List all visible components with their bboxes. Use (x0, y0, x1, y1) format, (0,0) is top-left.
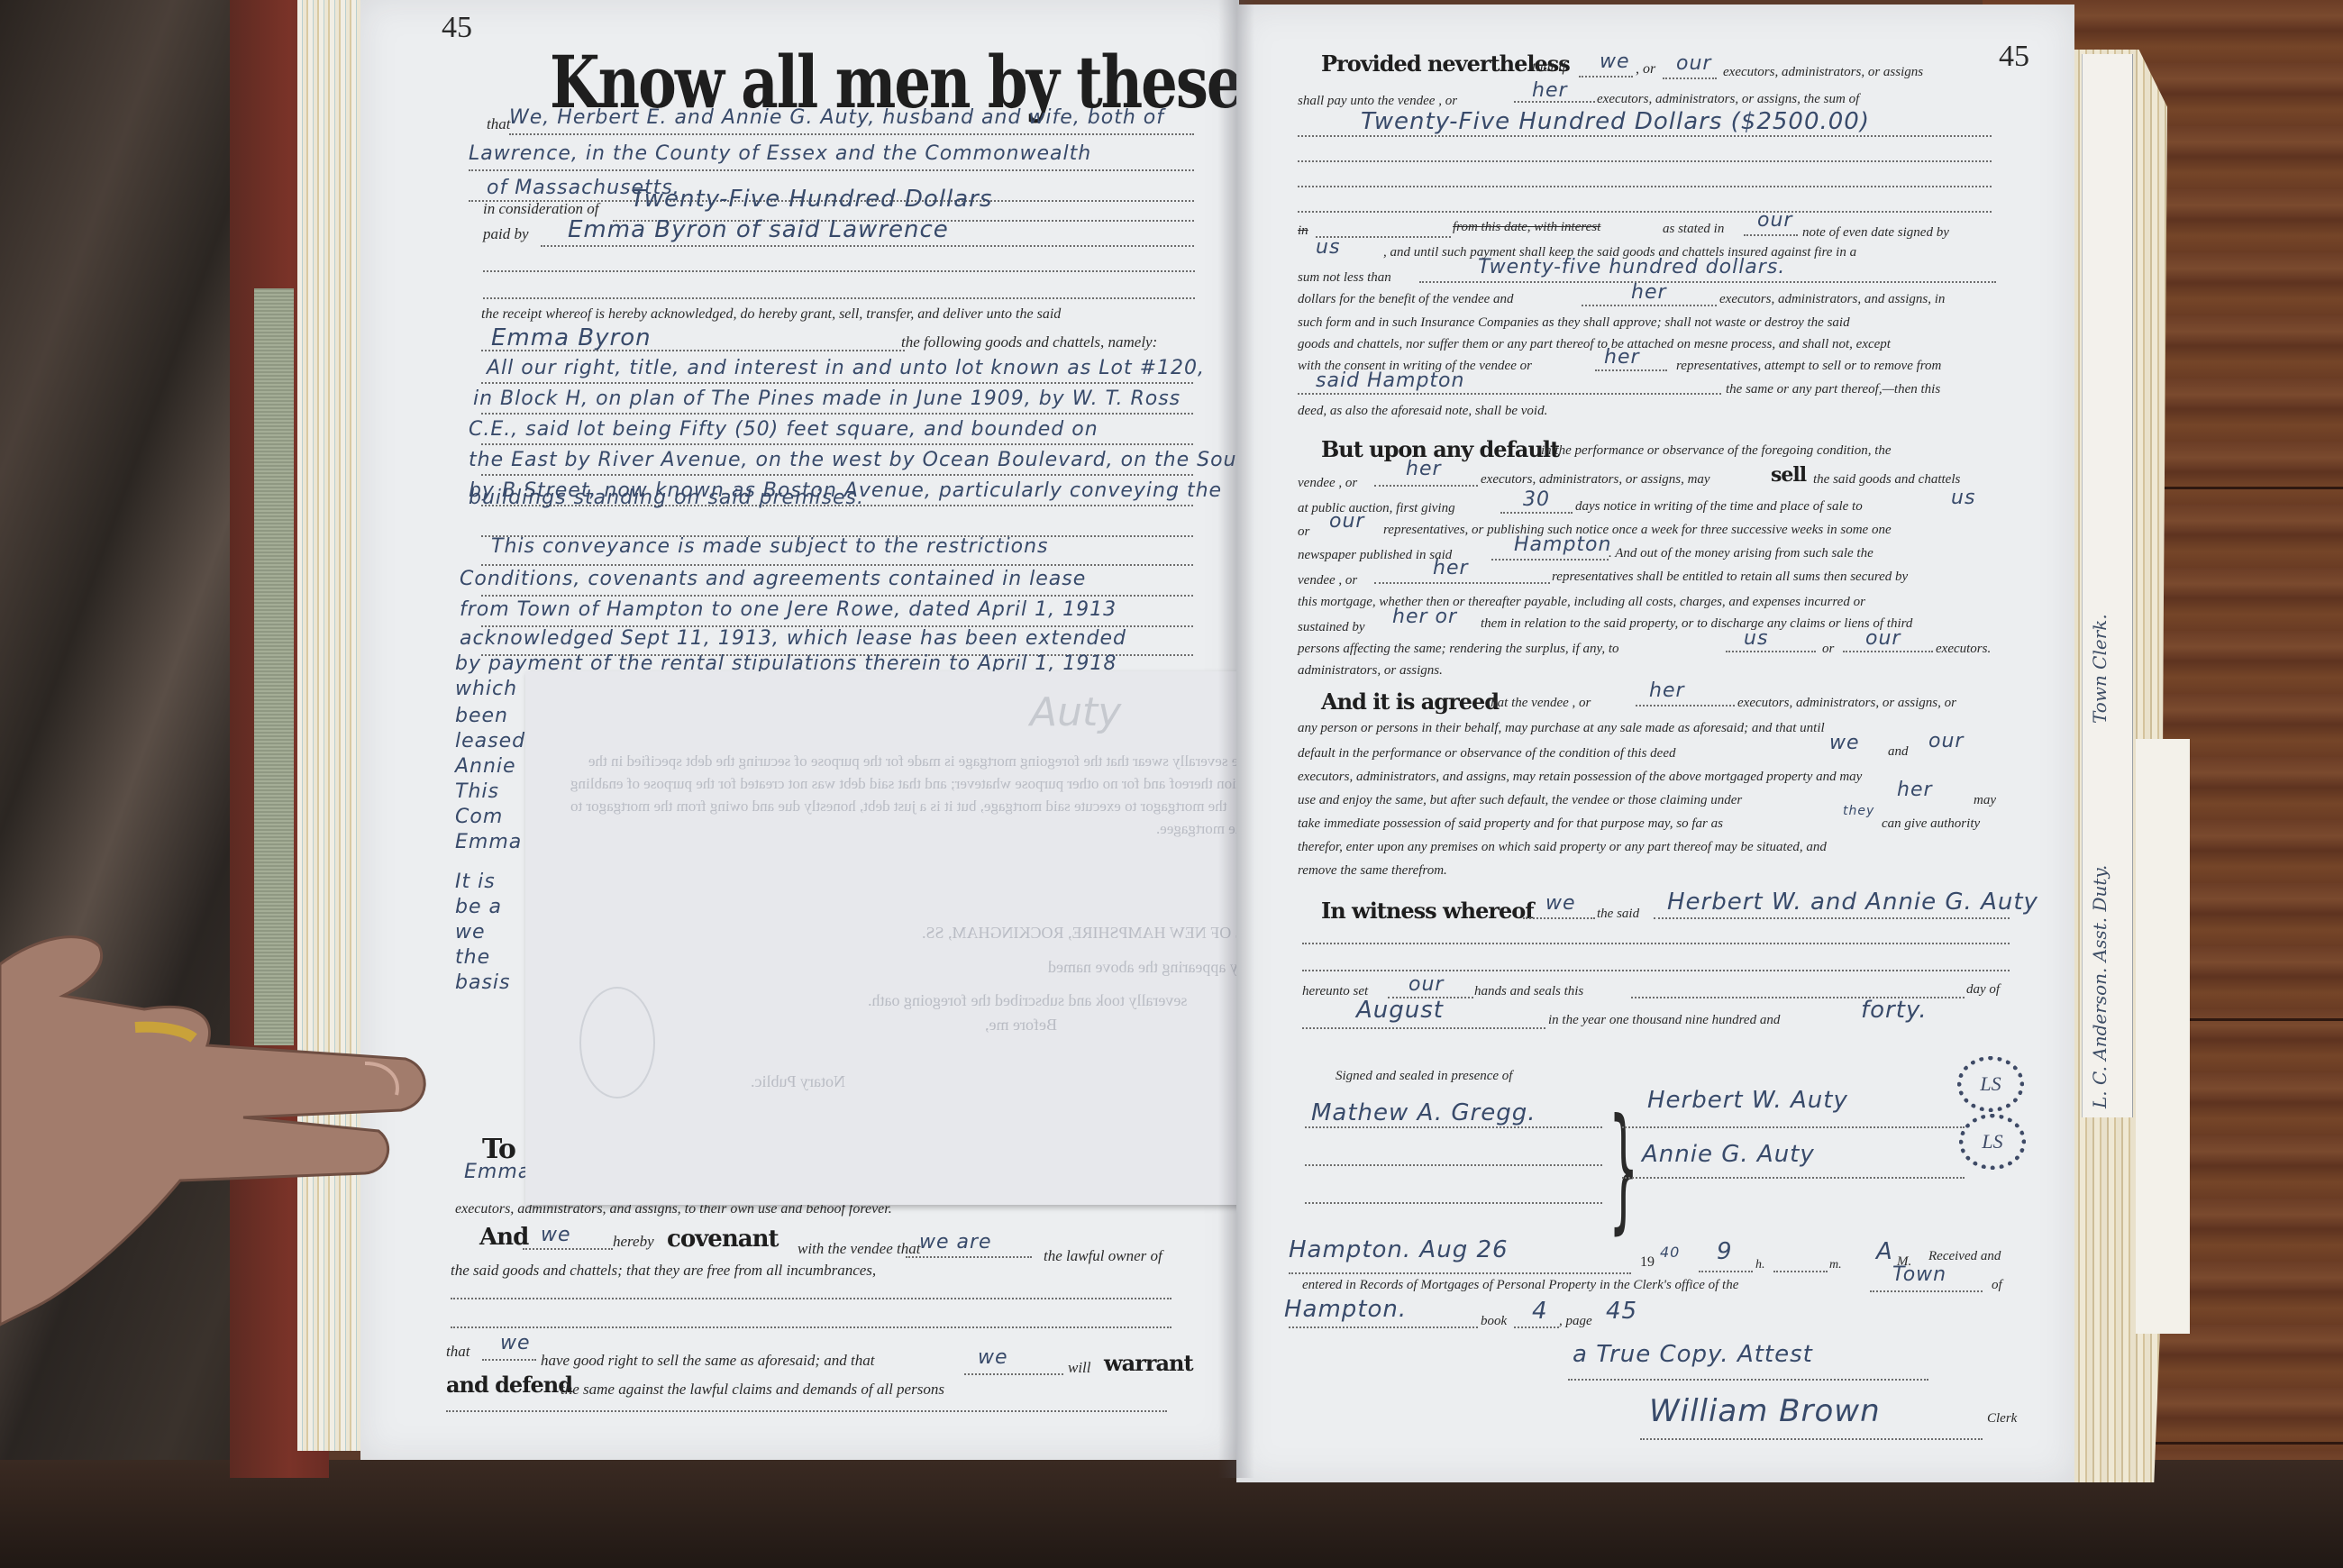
fill-line (1654, 917, 2010, 919)
fill-line (481, 413, 1193, 415)
fill-line (481, 382, 1193, 384)
fill-line (1374, 485, 1478, 487)
covered-fragment: the (455, 946, 490, 969)
book-label: book (1481, 1314, 1507, 1329)
signature-line (1622, 1177, 1965, 1179)
covenant-line-2: the said goods and chattels; that they a… (451, 1262, 876, 1280)
description-line: C.E., said lot being Fifty (50) feet squ… (469, 418, 1099, 441)
covered-fragment: This (455, 780, 499, 803)
then-this: the same or any part thereof,—then this (1726, 382, 1940, 397)
fill-line (1870, 1290, 1983, 1292)
consideration-value: Twenty-Five Hundred Dollars (631, 186, 992, 213)
clerk-signature: William Brown (1649, 1393, 1881, 1429)
provided-our: our (1676, 52, 1711, 75)
agreed-line-1: that the vendee , or (1487, 696, 1591, 711)
covenant-word: covenant (667, 1226, 779, 1253)
witness-our: our (1409, 973, 1444, 996)
signature-line (1640, 1438, 1983, 1440)
fill-line (451, 1326, 1171, 1328)
agreed-line-2: any person or persons in their behalf, m… (1298, 721, 1825, 736)
sum-amount: Twenty-Five Hundred Dollars ($2500.00) (1361, 108, 1870, 135)
fill-line (1514, 1326, 1559, 1328)
covered-fragment: been (455, 705, 508, 727)
conveyance-line: which (455, 678, 517, 700)
fill-line (1579, 76, 1633, 77)
covered-fragment: be a (455, 896, 502, 918)
covered-fragment: leased (455, 730, 525, 752)
fill-line (483, 297, 1195, 299)
consent-her: her (1604, 346, 1640, 369)
recording-place-date: Hampton. Aug 26 (1289, 1236, 1509, 1263)
covenant-we-are: we are (919, 1231, 992, 1253)
the-said: the said (1597, 907, 1639, 922)
agreed-line-6: take immediate possession of said proper… (1298, 816, 1723, 832)
entered-text: entered in Records of Mortgages of Perso… (1302, 1278, 1738, 1293)
default-us: us (1951, 487, 1975, 509)
covered-fragment: Emma (455, 831, 522, 853)
fill-line (469, 169, 1194, 171)
fill-line (1298, 393, 1721, 395)
signer-2-signature: Annie G. Auty (1642, 1141, 1815, 1168)
fill-line (1302, 1027, 1545, 1029)
covered-fragment: Com (455, 806, 503, 828)
surplus-or: or (1822, 642, 1834, 657)
as-stated-label: as stated in (1663, 222, 1724, 237)
covenant-we: we (541, 1224, 571, 1246)
agreed-heading: And it is agreed (1321, 688, 1499, 715)
agreed-we: we (1829, 732, 1860, 754)
provided-executors-2: executors, administrators, or assigns, t… (1597, 92, 1859, 107)
surplus-text: persons affecting the same; rendering th… (1298, 642, 1619, 657)
description-line: the East by River Avenue, on the west by… (469, 449, 1259, 471)
insured-sum: Twenty-five hundred dollars. (1478, 256, 1785, 278)
witness-names: Herbert W. and Annie G. Auty (1667, 889, 2038, 916)
fill-line (541, 245, 1194, 247)
that-label-2: that (446, 1343, 470, 1361)
fill-line (446, 1410, 1167, 1412)
surplus-us: us (1744, 627, 1768, 650)
signature-line (1305, 1126, 1602, 1128)
covenant-we-3: we (978, 1346, 1008, 1369)
fill-line (1523, 917, 1595, 919)
fill-line (1595, 369, 1667, 371)
slip-ghost-notary-seal (579, 987, 655, 1099)
seal-mark-1: LS (1957, 1056, 2024, 1112)
fill-line (1302, 943, 2010, 944)
dollars-for: dollars for the benefit of the vendee an… (1298, 292, 1514, 307)
slip-ghost-sworn: severally took and subscribed the forego… (868, 991, 1187, 1010)
covered-fragment: Annie (455, 755, 516, 778)
fill-line (1500, 512, 1573, 514)
fill-line (1699, 1271, 1753, 1272)
or-label: , or (1636, 61, 1655, 77)
agreed-line-4: executors, administrators, and assigns, … (1298, 770, 1862, 785)
default-line-1: in the performance or observance of the … (1541, 443, 1892, 459)
grantors-line-2: Lawrence, in the County of Essex and the… (469, 142, 1091, 165)
that-if: that if (1532, 59, 1566, 76)
insurance-text: such form and in such Insurance Companie… (1298, 315, 1850, 331)
fill-line (1636, 705, 1735, 707)
conveyance-line: acknowledged Sept 11, 1913, which lease … (460, 627, 1126, 650)
sum-not-less: sum not less than (1298, 270, 1391, 286)
fill-line (1744, 234, 1798, 236)
sell-rest: the said goods and chattels (1813, 472, 1960, 488)
covered-fragment: we (455, 921, 486, 944)
warrant-word: warrant (1104, 1350, 1193, 1376)
relation-text: them in relation to the said property, o… (1481, 616, 1912, 632)
in-label: in (1298, 223, 1308, 239)
year-text: in the year one thousand nine hundred an… (1548, 1013, 1780, 1028)
signature-brace: } (1609, 1090, 1638, 1247)
inserted-paper-strip (2136, 739, 2190, 1334)
hereby-label: hereby (613, 1233, 654, 1251)
fill-line (483, 270, 1195, 272)
page-number-value: 45 (1606, 1298, 1637, 1325)
interest-our: our (1757, 209, 1792, 232)
consideration-label: in consideration of (483, 200, 598, 218)
agreed-her: her (1649, 679, 1685, 702)
good-right-text: have good right to sell the same as afor… (541, 1352, 875, 1370)
signature-line (1622, 1126, 1965, 1128)
fill-line (1289, 1272, 1631, 1274)
description-line: All our right, title, and interest in an… (487, 357, 1205, 379)
conveyance-line: This conveyance is made subject to the r… (491, 535, 1048, 558)
fill-line (481, 474, 1193, 476)
agreed-may: may (1974, 793, 1996, 808)
slip-ghost-text: We severally swear that the foregoing mo… (588, 752, 1252, 770)
witness-heading: In witness whereof (1321, 898, 1534, 924)
right-page-number: 45 (1999, 40, 2029, 74)
fill-line (906, 1256, 1032, 1258)
grantors-line-1: We, Herbert E. and Annie G. Auty, husban… (509, 106, 1164, 129)
representatives-text: representatives, attempt to sell or to r… (1676, 359, 1941, 374)
slip-ghost-text: condition thereof and for no other purpo… (570, 775, 1274, 793)
agreed-our: our (1928, 730, 1964, 752)
loose-affidavit-slip[interactable]: We severally swear that the foregoing mo… (525, 671, 1290, 1205)
executors-end: executors. (1936, 642, 1991, 657)
default-vendee-or-2: vendee , or (1298, 573, 1357, 588)
record-am: A (1876, 1238, 1893, 1265)
lawful-owner: the lawful owner of (1044, 1247, 1162, 1265)
sustained-her-or: her or (1392, 606, 1457, 628)
description-line: buildings standing on said premises. (469, 487, 864, 509)
fill-line (1289, 1326, 1478, 1328)
notice-days: 30 (1523, 488, 1550, 511)
fill-line (1298, 160, 1992, 162)
fill-line (1298, 135, 1992, 137)
fill-line (1514, 101, 1595, 103)
that-label: that (487, 115, 510, 133)
sell-word: sell (1771, 463, 1806, 487)
day-of: day of (1966, 982, 2000, 998)
hands-seals: hands and seals this (1474, 984, 1583, 999)
seal-mark-2: LS (1959, 1114, 2026, 1170)
record-hour: 9 (1717, 1238, 1733, 1265)
surplus-our: our (1865, 627, 1901, 650)
book-gutter (1218, 0, 1254, 1478)
shall-pay: shall pay unto the vendee , or (1298, 94, 1457, 109)
agreed-line-5: use and enjoy the same, but after such d… (1298, 793, 1742, 808)
default-vendee-or: vendee , or (1298, 476, 1357, 491)
signature-line (1305, 1202, 1602, 1204)
witness-we: we (1545, 892, 1576, 915)
slip-ghost-notary: Notary Public. (751, 1072, 845, 1091)
entitled-text: representatives shall be entitled to ret… (1552, 570, 1908, 585)
clerk-label: Clerk (1987, 1411, 2017, 1427)
margin-note-line: L. C. Anderson. Asst. Duty. (2089, 865, 2111, 1108)
fill-line (481, 350, 905, 351)
removal-place: said Hampton (1316, 369, 1464, 392)
fill-line (1419, 281, 1996, 283)
note-text: note of even date signed by (1802, 225, 1949, 241)
provided-executors-1: executors, administrators, or assigns (1723, 65, 1923, 80)
witness-year: forty. (1861, 997, 1928, 1024)
interest-us: us (1316, 236, 1340, 259)
fill-line (509, 133, 1194, 135)
record-office: Town (1892, 1263, 1946, 1286)
auction-text: at public auction, first giving (1298, 501, 1455, 516)
fill-line (481, 564, 1193, 566)
page-label: , page (1559, 1314, 1592, 1329)
newspaper-text: newspaper published in said (1298, 548, 1452, 563)
days-text: days notice in writing of the time and p… (1575, 499, 1863, 515)
fill-line (1298, 186, 1992, 187)
slip-ghost-before: Before me, (985, 1016, 1057, 1035)
agreed-line-7: therefor, enter upon any premises on whi… (1298, 840, 1827, 855)
record-town: Hampton. (1284, 1296, 1407, 1323)
signature-line (1305, 1164, 1602, 1166)
to-have-value: Emma (464, 1161, 531, 1183)
may-text: executors, administrators, or assigns, m… (1481, 472, 1710, 488)
covered-fragment: It is (455, 871, 496, 893)
agreed-line-8: remove the same therefrom. (1298, 863, 1447, 879)
default-her: her (1406, 458, 1442, 480)
newspaper-place: Hampton (1514, 533, 1611, 556)
description-line: in Block H, on plan of The Pines made in… (473, 387, 1181, 410)
publishing-text: representatives, or publishing such noti… (1383, 523, 1892, 538)
margin-note-line: Town Clerk. (2089, 614, 2111, 724)
true-copy-attest: a True Copy. Attest (1573, 1341, 1813, 1368)
default-our: our (1329, 510, 1364, 533)
of-label: of (1992, 1278, 2002, 1293)
agreed-they: they (1843, 804, 1874, 818)
fill-line (1298, 211, 1992, 213)
fill-line (1726, 651, 1816, 652)
presence-label: Signed and sealed in presence of (1336, 1069, 1512, 1084)
fill-line (523, 1248, 613, 1250)
fill-line (482, 1359, 536, 1361)
left-page-number: 45 (442, 11, 472, 45)
received-label: Received and (1928, 1249, 2001, 1264)
paid-by-value: Emma Byron of said Lawrence (568, 216, 949, 243)
witness-month: August (1356, 997, 1444, 1024)
sustained-by: sustained by (1298, 620, 1365, 635)
covenant-and: And (479, 1224, 528, 1251)
agreed-line-1-end: executors, administrators, or assigns, o… (1737, 696, 1956, 711)
or-label-2: or (1298, 524, 1309, 540)
fill-line (1582, 305, 1717, 306)
fill-line (1491, 559, 1609, 561)
fill-line (1843, 651, 1933, 652)
hand-holding-page (0, 910, 433, 1415)
h-label: h. (1755, 1258, 1765, 1272)
goods-text: goods and chattels, nor suffer them or a… (1298, 337, 1891, 352)
margin-note: L. C. Anderson. Asst. Duty. Town Clerk. (2089, 207, 2111, 1108)
slip-ghost-signature: Auty (1030, 689, 1121, 735)
defend-text: the same against the lawful claims and d… (561, 1381, 944, 1399)
fill-line (1663, 77, 1717, 79)
and-defend-word: and defend (446, 1372, 572, 1398)
agreed-line-6-end: can give authority (1882, 816, 1980, 832)
covered-fragment: basis (455, 971, 510, 994)
grantee-name: Emma Byron (491, 324, 652, 351)
default-her-2: her (1433, 557, 1469, 579)
year-suffix: 40 (1660, 1244, 1680, 1261)
conveyance-line: from Town of Hampton to one Jere Rowe, d… (460, 598, 1117, 621)
covenant-we-2: we (500, 1332, 531, 1354)
fill-line (964, 1373, 1063, 1375)
money-text: . And out of the money arising from such… (1609, 546, 1873, 561)
mortgage-text: this mortgage, whether then or thereafte… (1298, 595, 1865, 610)
provided-we: we (1600, 50, 1630, 73)
admin-end: administrators, or assigns. (1298, 663, 1443, 679)
m-label: m. (1829, 1258, 1842, 1272)
signer-1-signature: Herbert W. Auty (1647, 1087, 1848, 1114)
fill-line (1773, 1271, 1828, 1272)
agreed-line-3: default in the performance or observance… (1298, 746, 1676, 761)
paid-by-label: paid by (483, 225, 529, 243)
fill-line (1568, 1379, 1928, 1381)
with-vendee: with the vendee that (798, 1240, 920, 1258)
receipt-text: the receipt whereof is hereby acknowledg… (481, 306, 1061, 323)
fill-line (481, 443, 1193, 445)
will-label: will (1068, 1359, 1091, 1377)
fill-line (451, 1298, 1171, 1299)
goods-label: the following goods and chattels, namely… (901, 333, 1157, 351)
fill-line (1302, 970, 2010, 971)
conveyance-line: Conditions, covenants and agreements con… (460, 568, 1086, 590)
void-text: deed, as also the aforesaid note, shall … (1298, 404, 1547, 419)
fill-line (1374, 582, 1550, 584)
agreed-her-2: her (1897, 779, 1933, 801)
interest-executors: executors, administrators, and assigns, … (1719, 292, 1945, 307)
book-number: 4 (1532, 1298, 1548, 1325)
fill-line (481, 595, 1193, 597)
year-prefix: 19 (1640, 1254, 1655, 1271)
witness-signature: Mathew A. Gregg. (1311, 1099, 1536, 1126)
struck-interest: from this date, with interest (1453, 220, 1600, 235)
agreed-and: and (1888, 744, 1909, 760)
provided-her: her (1532, 79, 1568, 102)
interest-her: her (1631, 281, 1667, 304)
slip-ghost-text: the mortgagor to execute said mortgage, … (570, 798, 1226, 816)
